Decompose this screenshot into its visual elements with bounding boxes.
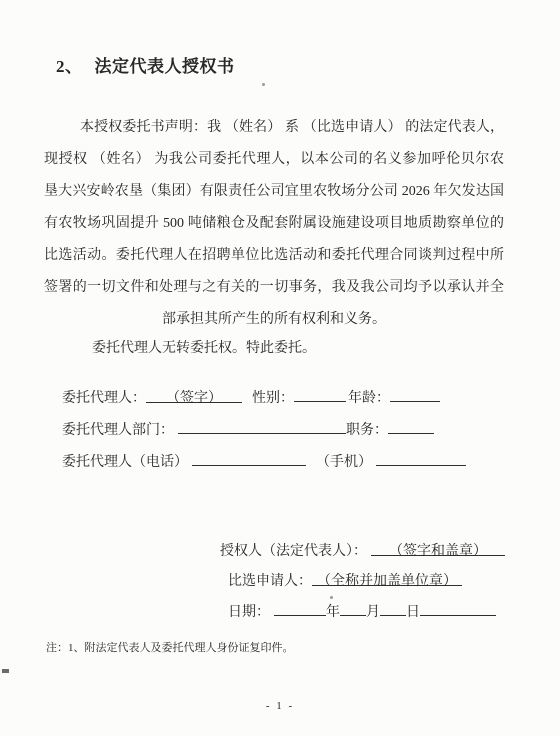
scan-artifact	[2, 664, 9, 673]
department-blank	[178, 418, 346, 434]
age-blank	[390, 386, 440, 402]
footnote: 注：1、附法定代表人及委托代理人身份证复印件。	[46, 639, 294, 655]
signoff-row-applicant: 比选申请人： （全称并加盖单位章）	[228, 570, 505, 600]
paragraph-line: 签署的一切文件和处理与之有关的一切事务，我及我公司均予以承认并全	[44, 272, 504, 304]
heading-text: 法定代表人授权书	[95, 57, 235, 76]
gender-blank	[294, 386, 346, 402]
year-label: 年	[326, 601, 340, 621]
heading-number: 2、	[56, 57, 83, 76]
department-label: 委托代理人部门：	[62, 419, 174, 439]
document-page: 2、法定代表人授权书 本授权委托书声明：我 （姓名） 系 （比选申请人） 的法定…	[0, 0, 560, 736]
mobile-blank	[376, 450, 466, 466]
phone-label: 委托代理人（电话）	[62, 451, 188, 471]
form-row-agent: 委托代理人： （签字） 性别： 年龄：	[62, 386, 514, 418]
paragraph-line: 垦大兴安岭农垦（集团）有限责任公司宜里农牧场分公司 2026 年欠发达国	[44, 176, 504, 208]
page-number: - 1 -	[0, 700, 560, 712]
authorizer-label: 授权人（法定代表人）：	[220, 540, 367, 560]
gender-label: 性别：	[252, 387, 294, 407]
phone-blank	[192, 450, 306, 466]
scan-artifact	[262, 83, 265, 86]
signoff-row-date: 日期： 年 月 日	[228, 600, 505, 630]
date-trailing-blank	[420, 600, 496, 616]
signoff-block: 授权人（法定代表人）： （签字和盖章） 比选申请人： （全称并加盖单位章） 日期…	[220, 540, 505, 630]
day-label: 日	[406, 601, 420, 621]
paragraph-line: 有农牧场巩固提升 500 吨储粮仓及配套附属设施建设项目地质勘察单位的	[44, 208, 504, 240]
date-year-blank	[274, 600, 326, 616]
position-blank	[388, 418, 434, 434]
form-row-phone: 委托代理人（电话） （手机）	[62, 450, 514, 482]
paragraph-line: 本授权委托书声明：我 （姓名） 系 （比选申请人） 的法定代表人，	[44, 112, 504, 144]
date-label: 日期：	[228, 601, 270, 621]
authorization-paragraph: 本授权委托书声明：我 （姓名） 系 （比选申请人） 的法定代表人， 现授权 （姓…	[44, 112, 504, 336]
paragraph-line: 比选活动。委托代理人在招聘单位比选活动和委托代理合同谈判过程中所	[44, 240, 504, 272]
date-day-blank	[380, 600, 406, 616]
scan-artifact	[330, 596, 333, 599]
month-label: 月	[366, 601, 380, 621]
page-title: 2、法定代表人授权书	[56, 52, 235, 77]
signoff-row-authorizer: 授权人（法定代表人）： （签字和盖章）	[220, 540, 505, 570]
agent-info-form: 委托代理人： （签字） 性别： 年龄： 委托代理人部门： 职务： 委托代理人（电…	[62, 386, 514, 482]
applicant-name-blank: （全称并加盖单位章）	[312, 570, 462, 586]
agent-label: 委托代理人：	[62, 387, 146, 407]
mobile-label: （手机）	[316, 451, 372, 471]
position-label: 职务：	[346, 419, 388, 439]
age-label: 年龄：	[348, 387, 390, 407]
declaration-line: 委托代理人无转委托权。特此委托。	[92, 337, 316, 357]
authorizer-signature-blank: （签字和盖章）	[371, 540, 505, 556]
form-row-department: 委托代理人部门： 职务：	[62, 418, 514, 450]
applicant-label: 比选申请人：	[228, 570, 312, 590]
paragraph-line: 现授权 （姓名） 为我公司委托代理人，以本公司的名义参加呼伦贝尔农	[44, 144, 504, 176]
date-month-blank	[340, 600, 366, 616]
paragraph-line: 部承担其所产生的所有权利和义务。	[44, 304, 504, 336]
agent-signature-blank: （签字）	[146, 387, 242, 403]
